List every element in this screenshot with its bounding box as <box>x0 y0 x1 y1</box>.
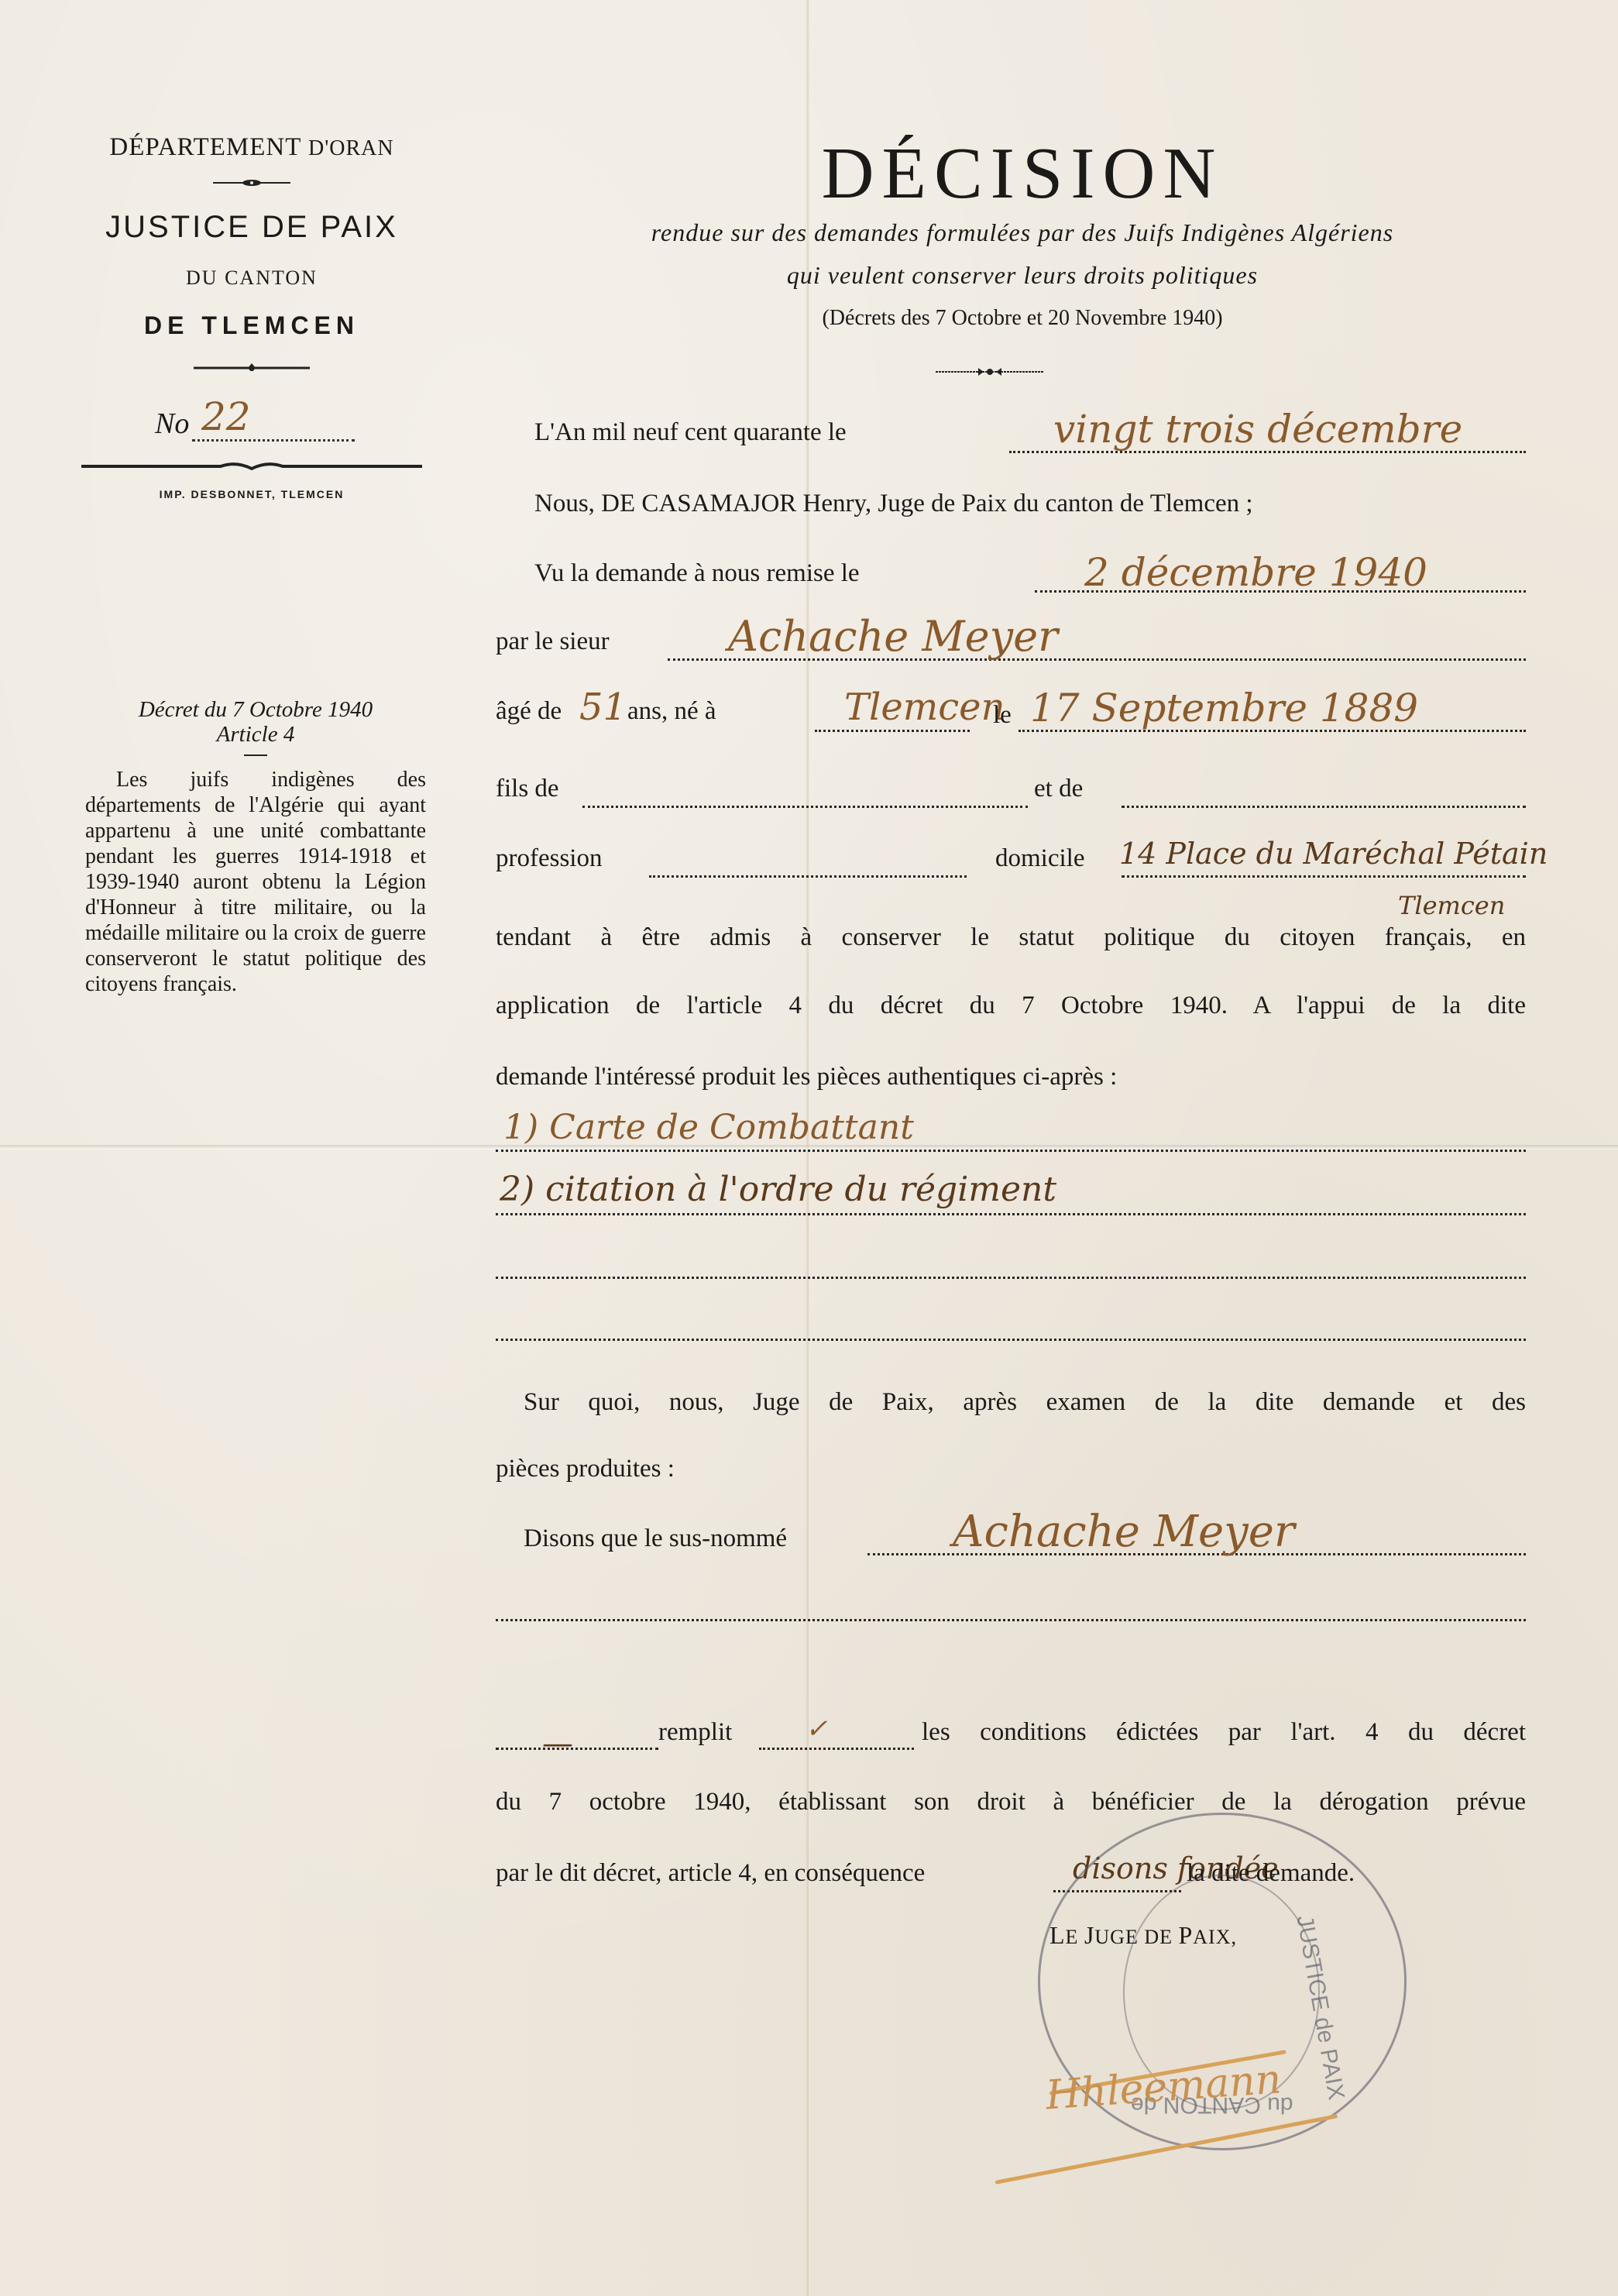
left-header: DÉPARTEMENT D'ORAN JUSTICE DE PAIX DU CA… <box>77 124 426 500</box>
sieur-label: par le sieur <box>496 627 610 656</box>
decree-article: Article 4 <box>85 722 426 747</box>
profession-label: profession <box>496 844 602 873</box>
named-field-continuation[interactable] <box>496 1619 1526 1621</box>
fulfills-suffix-field[interactable] <box>759 1748 914 1750</box>
birthdate-label: le <box>993 701 1012 730</box>
decrees-reference: (Décrets des 7 Octobre et 20 Novembre 19… <box>496 306 1549 331</box>
mother-field[interactable] <box>1122 806 1526 808</box>
age-value: 51 <box>579 686 627 729</box>
fulfills-mark-2: ✓ <box>806 1713 828 1744</box>
document-line-2[interactable] <box>496 1213 1526 1215</box>
paragraph-1-line-1: tendant à être admis à conserver le stat… <box>496 923 1526 952</box>
ornament-divider-icon <box>213 179 290 187</box>
father-label: fils de <box>496 775 559 803</box>
birthplace-value: Tlemcen <box>844 686 1005 729</box>
document-line-3[interactable] <box>496 1277 1526 1279</box>
request-date-value: 2 décembre 1940 <box>1084 550 1427 595</box>
mother-label: et de <box>1034 775 1083 803</box>
document-item-2: 2) citation à l'ordre du régiment <box>500 1170 1056 1209</box>
birthdate-value: 17 Septembre 1889 <box>1030 686 1418 730</box>
printer-imprint: IMP. DESBONNET, TLEMCEN <box>77 488 426 500</box>
request-label: Vu la demande à nous remise le <box>534 559 860 588</box>
domicile-value: 14 Place du Maréchal Pétain <box>1119 837 1548 871</box>
paragraph-2-line-2: pièces produites : <box>496 1455 675 1483</box>
paragraph-3-line-2: du 7 octobre 1940, établissant son droit… <box>496 1788 1526 1817</box>
fulfills-prefix-field[interactable] <box>496 1748 658 1750</box>
paragraph-3-line-3a: par le dit décret, article 4, en conséqu… <box>496 1859 925 1888</box>
paragraph-1-line-3: demande l'intéressé produit les pièces a… <box>496 1063 1117 1091</box>
document-title: DÉCISION <box>496 132 1549 215</box>
paragraph-3-line-1: les conditions édictées par l'art. 4 du … <box>922 1718 1526 1747</box>
birthplace-field[interactable] <box>815 730 970 732</box>
domicile-label: domicile <box>995 844 1084 873</box>
ornament-divider-icon <box>936 367 1044 376</box>
decree-title: Décret du 7 Octobre 1940 <box>85 697 426 722</box>
decree-text: Les juifs indigènes des départements de … <box>85 767 426 997</box>
fulfills-label: remplit <box>658 1718 732 1747</box>
paragraph-2-line-1: Sur quoi, nous, Juge de Paix, après exam… <box>524 1388 1526 1417</box>
decree-excerpt: Décret du 7 Octobre 1940 Article 4 Les j… <box>85 697 426 997</box>
domicile-city: Tlemcen <box>1398 891 1505 920</box>
canton-label: DU CANTON <box>77 266 426 290</box>
year-label: L'An mil neuf cent quarante le <box>534 418 847 447</box>
sieur-value: Achache Meyer <box>728 612 1058 661</box>
born-label: ans, né à <box>627 697 716 726</box>
canton-name: DE TLEMCEN <box>77 311 426 340</box>
document-line-4[interactable] <box>496 1339 1526 1341</box>
document-line-1[interactable] <box>496 1150 1526 1152</box>
age-label: âgé de <box>496 697 562 726</box>
paragraph-1-line-2: application de l'article 4 du décret du … <box>496 992 1526 1020</box>
document-item-1: 1) Carte de Combattant <box>503 1108 914 1147</box>
profession-field[interactable] <box>649 875 967 878</box>
subtitle-line-2: qui veulent conserver leurs droits polit… <box>496 261 1549 290</box>
father-field[interactable] <box>582 806 1028 808</box>
fulfills-mark-1: — <box>542 1726 573 1762</box>
number-field: No 22 <box>77 399 426 445</box>
court-name: JUSTICE DE PAIX <box>77 210 426 245</box>
department-title: DÉPARTEMENT D'ORAN <box>77 133 426 162</box>
date-value: vingt trois décembre <box>1053 407 1462 452</box>
named-value: Achache Meyer <box>953 1507 1295 1557</box>
ornament-rule-icon <box>81 459 422 473</box>
judge-line: Nous, DE CASAMAJOR Henry, Juge de Paix d… <box>534 490 1253 518</box>
named-label: Disons que le sus-nommé <box>524 1524 787 1553</box>
judge-signature-label: LE JUGE DE PAIX, <box>1049 1921 1237 1950</box>
subtitle-line-1: rendue sur des demandes formulées par de… <box>496 218 1549 247</box>
ornament-divider-icon <box>194 363 310 371</box>
number-value: 22 <box>201 394 251 439</box>
domicile-field[interactable] <box>1122 875 1526 878</box>
